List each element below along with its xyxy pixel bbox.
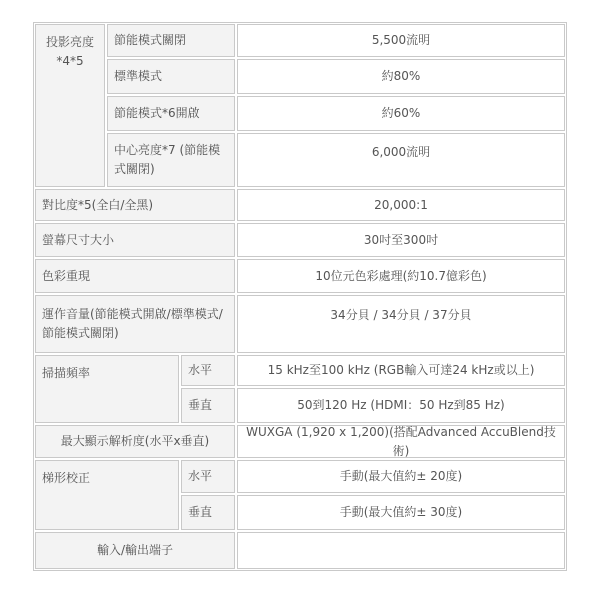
scan-frequency-group-label: 掃描頻率 [35,355,179,423]
io-terminals-value [237,532,565,569]
brightness-eco-on-value: 約60% [237,96,565,131]
screen-size-value: 30吋至300吋 [237,223,565,257]
spec-page: 投影亮度 *4*5 節能模式關閉 5,500流明 標準模式 約80% 節能模式*… [0,0,600,600]
io-terminals-label: 輸入/輸出端子 [35,532,235,569]
operating-noise-label: 運作音量(節能模式開啟/標準模式/節能模式關閉) [35,295,235,353]
brightness-eco-off-value: 5,500流明 [237,24,565,57]
projector-spec-table: 投影亮度 *4*5 節能模式關閉 5,500流明 標準模式 約80% 節能模式*… [33,22,567,571]
brightness-mode-eco-off-label: 節能模式關閉 [107,24,235,57]
brightness-group-label: 投影亮度 *4*5 [35,24,105,187]
contrast-label: 對比度*5(全白/全黑) [35,189,235,221]
brightness-normal-value: 約80% [237,59,565,94]
keystone-group-label: 梯形校正 [35,460,179,530]
scan-frequency-horizontal-value: 15 kHz至100 kHz (RGB輸入可達24 kHz或以上) [237,355,565,386]
keystone-horizontal-value: 手動(最大值約± 20度) [237,460,565,493]
brightness-mode-eco-on-label: 節能模式*6開啟 [107,96,235,131]
screen-size-label: 螢幕尺寸大小 [35,223,235,257]
keystone-horizontal-label: 水平 [181,460,235,493]
max-resolution-label: 最大顯示解析度(水平x垂直) [35,425,235,458]
keystone-vertical-value: 手動(最大值約± 30度) [237,495,565,530]
color-reproduction-label: 色彩重現 [35,259,235,293]
contrast-value: 20,000:1 [237,189,565,221]
operating-noise-value: 34分貝 / 34分貝 / 37分貝 [237,295,565,353]
max-resolution-value: WUXGA (1,920 x 1,200)(搭配Advanced AccuBle… [237,425,565,458]
brightness-center-label: 中心亮度*7 (節能模式關閉) [107,133,235,187]
scan-frequency-vertical-label: 垂直 [181,388,235,423]
color-reproduction-value: 10位元色彩處理(約10.7億彩色) [237,259,565,293]
scan-frequency-horizontal-label: 水平 [181,355,235,386]
brightness-center-value: 6,000流明 [237,133,565,187]
brightness-mode-normal-label: 標準模式 [107,59,235,94]
keystone-vertical-label: 垂直 [181,495,235,530]
scan-frequency-vertical-value: 50到120 Hz (HDMI：50 Hz到85 Hz) [237,388,565,423]
